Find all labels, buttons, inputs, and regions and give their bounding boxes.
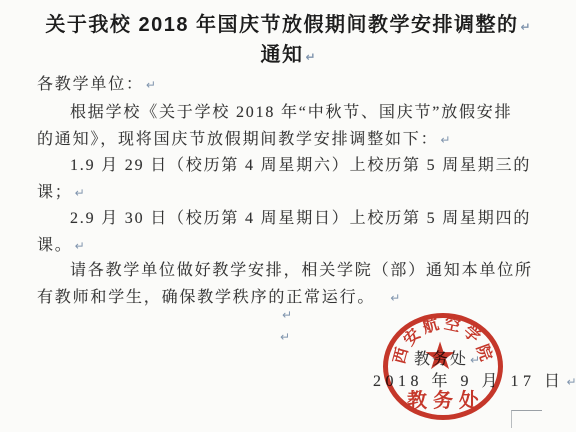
paragraph-mark-icon: ↵: [75, 239, 85, 253]
body-text: 课。: [37, 237, 73, 254]
body-line: 根据学校《关于学校 2018 年“中秋节、国庆节”放假安排: [70, 99, 512, 122]
body-text: 各教学单位：: [37, 76, 144, 93]
text-boundary-corner-mark: [511, 410, 542, 428]
paragraph-mark-icon: ↵: [282, 308, 292, 322]
paragraph-mark-icon: ↵: [305, 50, 315, 64]
body-text: 课；: [37, 184, 73, 201]
body-line: 课；↵: [37, 179, 85, 202]
title-text: 通知: [260, 44, 303, 66]
body-line-salutation: 各教学单位：↵: [37, 71, 156, 94]
body-text: 根据学校《关于学校 2018 年“中秋节、国庆节”放假安排: [70, 104, 512, 121]
paragraph-mark-icon: ↵: [440, 133, 450, 147]
body-text: 2.9 月 30 日（校历第 4 周星期日）上校历第 5 周星期四的: [70, 210, 531, 227]
body-text: 请各教学单位做好教学安排，相关学院（部）通知本单位所: [70, 262, 533, 279]
paragraph-mark-icon: ↵: [146, 78, 156, 92]
body-line: 请各教学单位做好教学安排，相关学院（部）通知本单位所: [70, 257, 533, 280]
star-icon: ★: [423, 337, 457, 375]
body-text: 的通知》，现将国庆节放假期间教学安排调整如下：: [37, 131, 438, 148]
body-line-item-2: 2.9 月 30 日（校历第 4 周星期日）上校历第 5 周星期四的: [70, 205, 531, 228]
seal-department-label: 教务处: [383, 384, 503, 413]
paragraph-mark-icon: ↵: [280, 330, 290, 344]
body-text: 1.9 月 29 日（校历第 4 周星期六）上校历第 5 周星期三的: [70, 157, 531, 174]
official-seal: 西 安 航 空 学 院 ★ 教务处: [383, 313, 503, 420]
notice-document: 关于我校 2018 年国庆节放假期间教学安排调整的↵ 通知↵ 各教学单位：↵ 根…: [0, 0, 576, 432]
body-line-item-1: 1.9 月 29 日（校历第 4 周星期六）上校历第 5 周星期三的: [70, 152, 531, 175]
paragraph-mark-icon: ↵: [567, 375, 576, 389]
body-line: 有教师和学生，确保教学秩序的正常运行。↵: [37, 284, 400, 307]
title-text: 关于我校 2018 年国庆节放假期间教学安排调整的: [45, 14, 518, 36]
body-line: 课。↵: [37, 232, 85, 255]
body-line: 的通知》，现将国庆节放假期间教学安排调整如下：↵: [37, 126, 450, 149]
document-title-line-1: 关于我校 2018 年国庆节放假期间教学安排调整的↵: [0, 8, 576, 37]
document-title-line-2: 通知↵: [0, 38, 576, 67]
paragraph-mark-icon: ↵: [521, 20, 531, 34]
paragraph-mark-icon: ↵: [75, 186, 85, 200]
body-text: 有教师和学生，确保教学秩序的正常运行。: [37, 289, 375, 306]
paragraph-mark-icon: ↵: [390, 291, 400, 305]
